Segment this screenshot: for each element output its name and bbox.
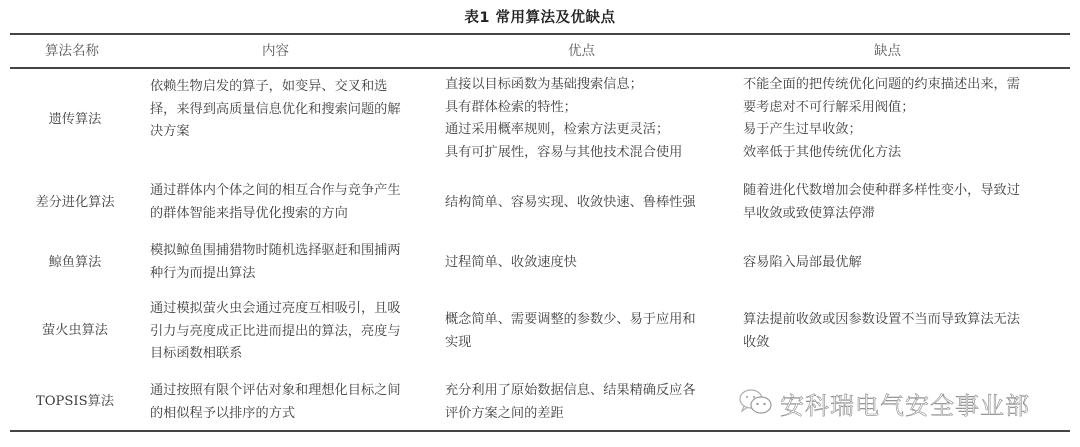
- watermark-text: 安科瑞电气安全事业部: [780, 386, 1030, 421]
- algorithm-name: 遗传算法: [15, 109, 135, 132]
- content-cell: 通过模拟萤火虫会通过亮度互相吸引，且吸 引力与亮度成正比进而提出的算法，亮度与 …: [150, 298, 401, 366]
- algorithm-name: 鲸鱼算法: [15, 252, 135, 275]
- content-cell: 通过群体内个体之间的相互合作与竞争产生 的群体智能来指导优化搜索的方向: [150, 180, 401, 225]
- table-header-rule: [10, 67, 1070, 69]
- cons-cell: 容易陷入局部最优解: [743, 252, 862, 275]
- pros-cell: 直接以目标函数为基础搜索信息； 具有群体检索的特性； 通过采用概率规则，检索方法…: [445, 74, 682, 164]
- pros-cell: 过程简单、收敛速度快: [445, 252, 577, 275]
- pros-cell: 结构简单、容易实现、收敛快速、鲁棒性强: [445, 192, 696, 215]
- wechat-icon: [738, 388, 774, 418]
- content-cell: 通过按照有限个评估对象和理想化目标之间 的相似程予以排序的方式: [150, 380, 401, 425]
- cons-cell: 随着进化代数增加会使种群多样性变小，导致过 早收敛或致使算法停滞: [743, 180, 1020, 225]
- table-caption: 表1 常用算法及优缺点: [0, 6, 1080, 27]
- header-name: 算法名称: [45, 40, 99, 63]
- header-content: 内容: [262, 40, 289, 63]
- pros-cell: 充分利用了原始数据信息、结果精确反应各 评价方案之间的差距: [445, 380, 696, 425]
- table-bottom-rule: [10, 430, 1070, 432]
- header-pros: 优点: [568, 40, 595, 63]
- pros-cell: 概念简单、需要调整的参数少、易于应用和 实现: [445, 309, 696, 354]
- cons-cell: 不能全面的把传统优化问题的约束描述出来，需 要考虑对不可行解采用阀值； 易于产生…: [743, 74, 1020, 164]
- content-cell: 依赖生物启发的算子，如变异、交叉和选 择，来得到高质量信息优化和搜索问题的解 决…: [150, 76, 401, 144]
- algorithm-name: TOPSIS算法: [15, 391, 135, 414]
- content-cell: 模拟鲸鱼围捕猎物时随机选择驱赶和围捕两 种行为而提出算法: [150, 240, 401, 285]
- algorithm-name: 差分进化算法: [15, 192, 135, 215]
- header-cons: 缺点: [874, 40, 901, 63]
- table-top-rule: [10, 33, 1070, 35]
- cons-cell: 算法提前收敛或因参数设置不当而导致算法无法 收敛: [743, 309, 1020, 354]
- algorithm-name: 萤火虫算法: [15, 320, 135, 343]
- watermark: 安科瑞电气安全事业部: [738, 386, 1030, 420]
